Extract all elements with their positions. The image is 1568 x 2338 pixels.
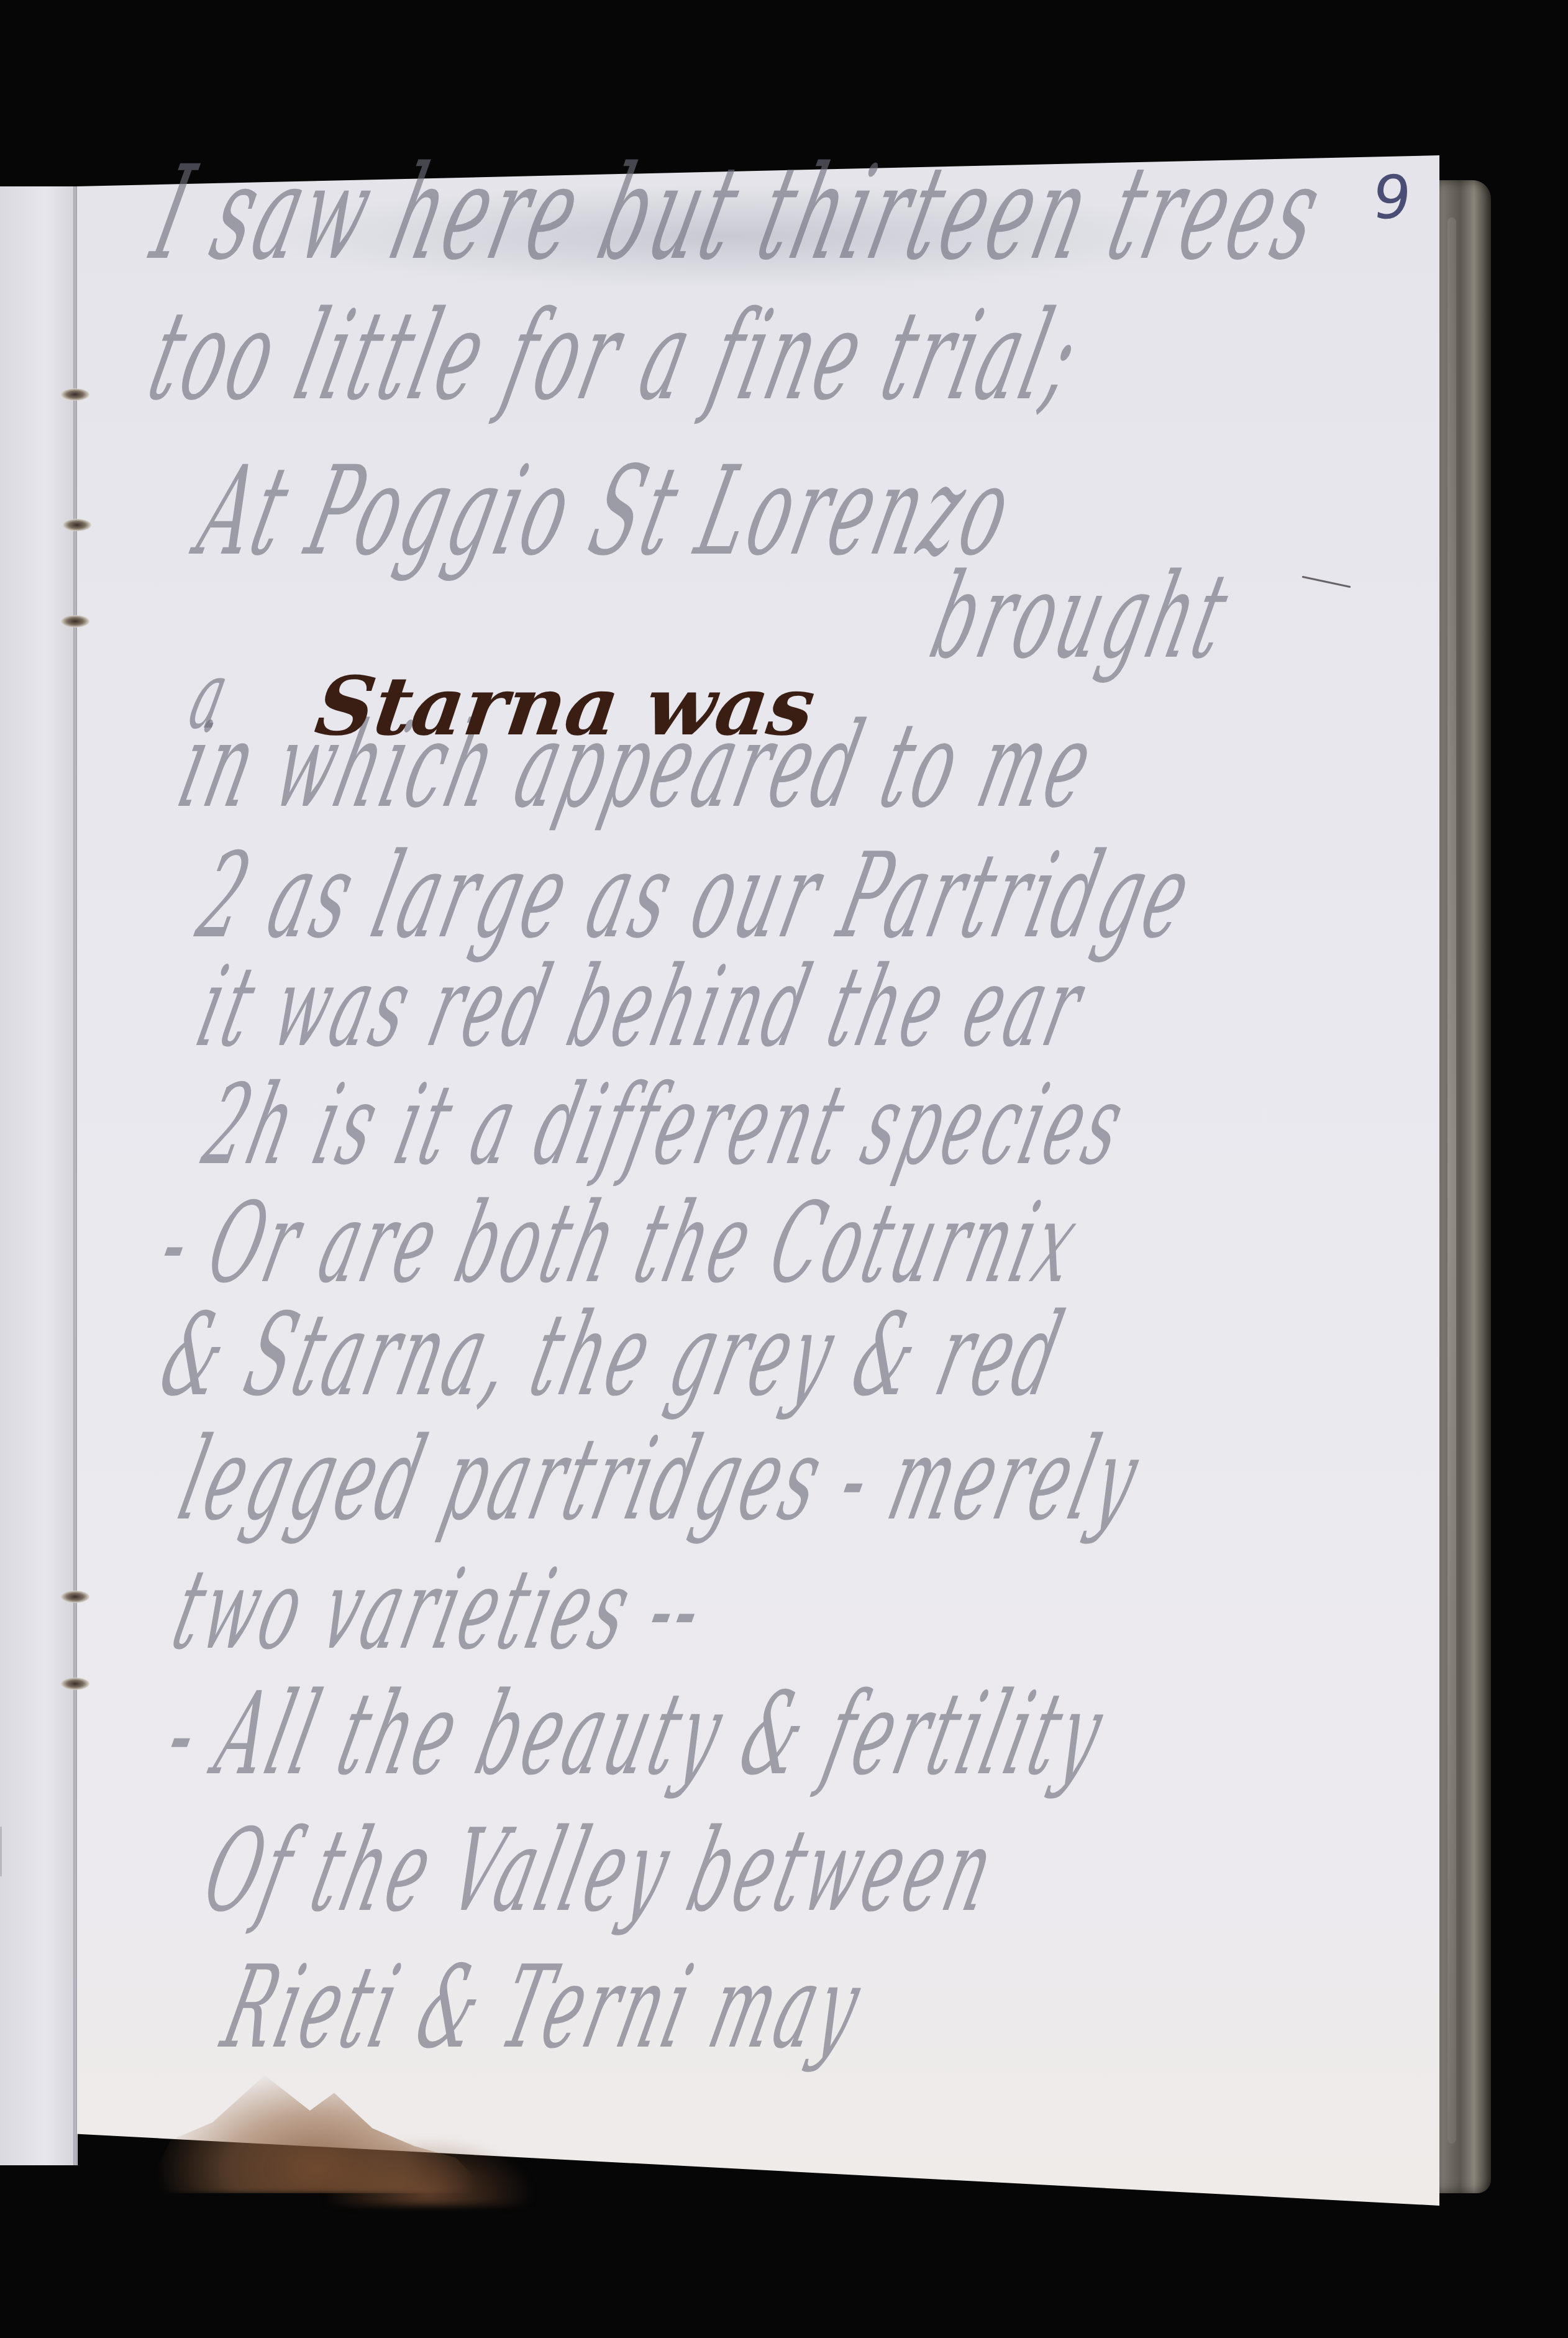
- stitch-hole: [63, 519, 91, 531]
- book-gutter: [73, 186, 77, 2165]
- page-number: 9: [1369, 163, 1415, 232]
- handwritten-line: two varieties --: [162, 1546, 718, 1674]
- handwritten-line: 2h is it a different species: [193, 1061, 1138, 1190]
- handwritten-line: brought: [919, 548, 1244, 685]
- handwritten-line: legged partridges - merely: [168, 1413, 1154, 1546]
- stitch-hole: [61, 1678, 89, 1690]
- water-stain-secondary: [323, 2137, 534, 2206]
- handwritten-line: Of the Valley between: [193, 1805, 1009, 1938]
- stitch-hole: [61, 1591, 89, 1603]
- handwritten-line: At Poggio St Lorenzo: [186, 440, 1028, 583]
- handwritten-line: Rieti & Terni may: [211, 1942, 876, 2075]
- stitch-hole: [61, 388, 89, 401]
- left-facing-page: [0, 186, 78, 2165]
- stitch-hole: [61, 615, 89, 628]
- handwritten-line: it was red behind the ear: [186, 943, 1097, 1072]
- handwritten-line: I saw here but thirteen trees: [140, 138, 1337, 289]
- left-page-writing-ghost: [0, 1827, 17, 1876]
- handwritten-line: & Starna, the grey & red: [149, 1289, 1077, 1422]
- handwritten-line: too little for a fine trial;: [137, 285, 1095, 427]
- ink-inserted-words: Starna was: [310, 659, 821, 754]
- handwritten-line: - All the beauty & fertility: [155, 1668, 1118, 1801]
